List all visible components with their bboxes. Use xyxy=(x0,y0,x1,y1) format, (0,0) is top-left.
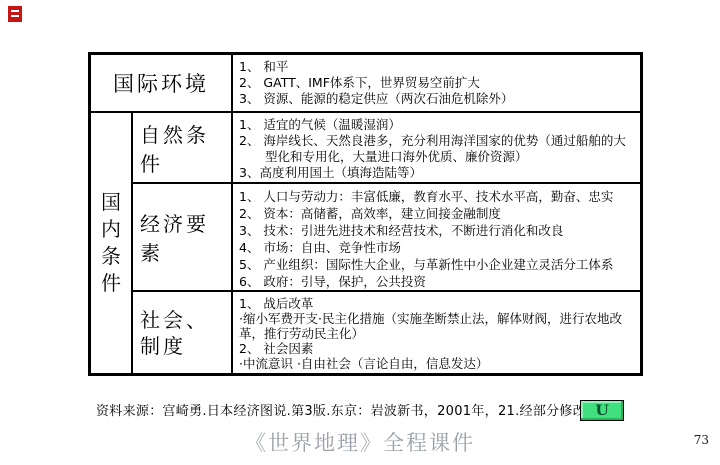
row-header-label: 经济要素 xyxy=(140,208,231,266)
natural-conditions-content: 1、 适宜的气候（温暖湿润）2、 海岸线长、天然良港多，充分利用海洋国家的优势（… xyxy=(233,113,640,184)
society-institutions-content: 1、 战后改革·缩小军费开支·民主化措施（实施垄断禁止法，解体财阀，进行农地改革… xyxy=(233,292,640,373)
list-item: 6、 政府：引导，保护，公共投资 xyxy=(239,273,636,290)
row-header-society-institutions: 社会、制度 xyxy=(133,292,233,373)
domestic-conditions-label: 国内条件 xyxy=(100,189,122,297)
row-header-natural-conditions: 自然条件 xyxy=(133,113,233,184)
list-item: 1、 战后改革 xyxy=(239,296,636,311)
slide-decoration-icon xyxy=(8,6,22,22)
conditions-table: 国际环境 1、 和平2、 GATT、IMF体系下，世界贸易空前扩大3、 资源、能… xyxy=(88,52,643,376)
row-header-label: 社会、制度 xyxy=(140,307,231,359)
source-note: 资料来源：宫崎勇.日本经济图说.第3版.东京：岩波新书，2001年，21.经部分… xyxy=(96,400,586,419)
list-item: ·缩小军费开支·民主化措施（实施垄断禁止法，解体财阀，进行农地改革，推行劳动民主… xyxy=(239,311,636,341)
row-header-label: 国际环境 xyxy=(113,68,209,98)
slide-root: 国际环境 1、 和平2、 GATT、IMF体系下，世界贸易空前扩大3、 资源、能… xyxy=(0,0,720,465)
decoration-mark xyxy=(11,10,19,12)
return-button[interactable]: U xyxy=(580,400,624,421)
column-header-domestic-conditions: 国内条件 xyxy=(91,113,133,373)
list-item: 3、 技术：引进先进技术和经营技术，不断进行消化和改良 xyxy=(239,222,636,239)
list-item: 1、 和平 xyxy=(239,59,636,75)
list-item: 3、高度利用国土（填海造陆等） xyxy=(239,165,636,181)
list-item: 3、 资源、能源的稳定供应（两次石油危机除外） xyxy=(239,91,636,107)
list-item: 2、 资本：高储蓄，高效率，建立间接金融制度 xyxy=(239,205,636,222)
list-item: 2、 GATT、IMF体系下，世界贸易空前扩大 xyxy=(239,75,636,91)
list-item: 2、 海岸线长、天然良港多，充分利用海洋国家的优势（通过船舶的大型化和专用化，大… xyxy=(239,133,636,165)
list-item: ·中流意识 ·自由社会（言论自由，信息发达） xyxy=(239,356,636,371)
list-item: 2、 社会因素 xyxy=(239,341,636,356)
list-item: 5、 产业组织：国际性大企业，与革新性中小企业建立灵活分工体系 xyxy=(239,256,636,273)
list-item: 1、 适宜的气候（温暖湿润） xyxy=(239,117,636,133)
page-number: 73 xyxy=(694,433,709,447)
list-item: 4、 市场：自由、竞争性市场 xyxy=(239,239,636,256)
list-item: 1、 人口与劳动力：丰富低廉，教育水平、技术水平高，勤奋、忠实 xyxy=(239,188,636,205)
row-header-economic-factors: 经济要素 xyxy=(133,184,233,292)
economic-factors-content: 1、 人口与劳动力：丰富低廉，教育水平、技术水平高，勤奋、忠实2、 资本：高储蓄… xyxy=(233,184,640,292)
international-environment-content: 1、 和平2、 GATT、IMF体系下，世界贸易空前扩大3、 资源、能源的稳定供… xyxy=(233,55,640,113)
row-header-international-environment: 国际环境 xyxy=(91,55,233,113)
footer-title: 《世界地理》全程课件 xyxy=(0,427,720,457)
u-turn-icon: U xyxy=(595,404,608,418)
row-header-label: 自然条件 xyxy=(140,119,231,177)
